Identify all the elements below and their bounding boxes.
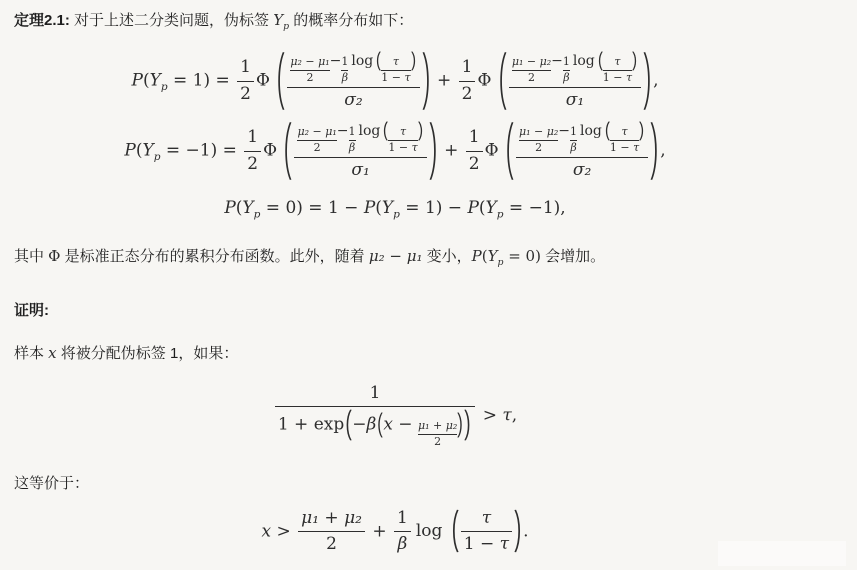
tau-symbol: τ <box>626 71 632 84</box>
big-fraction: 11 + exp−βx − μ₁ + μ₂2 <box>275 383 475 449</box>
eq-lhs-rest: = −1) = <box>160 141 242 161</box>
remark-post: 会增加。 <box>541 248 605 265</box>
denominator: 1 − τ <box>610 142 639 155</box>
var-x: x <box>383 414 393 434</box>
var-P: P <box>224 198 235 218</box>
eq-lhs-rest: = 1) = <box>168 71 236 91</box>
log-operator: log <box>416 521 443 541</box>
right-paren <box>411 51 417 71</box>
tau-symbol: τ <box>393 56 399 69</box>
sub-p: p <box>161 81 168 93</box>
mu-diff: μ₂ − μ₁ <box>369 247 423 265</box>
big-fraction: μ₁ − μ₂2−1βlogτ1 − τσ₂ <box>516 121 648 181</box>
numerator: 1 <box>237 57 254 78</box>
proof-label: 证明: <box>14 300 857 322</box>
tau-symbol: τ <box>412 141 418 154</box>
tau-symbol: τ <box>404 71 410 84</box>
tau-symbol: τ <box>633 141 639 154</box>
minus-sign: − <box>337 123 349 139</box>
theorem-intro-pre: 对于上述二分类问题，伪标签 <box>74 12 273 29</box>
paren: ( <box>375 198 382 218</box>
denominator: 2 <box>528 72 535 85</box>
one-minus: 1 − <box>381 71 404 84</box>
numerator: 1 <box>466 127 483 148</box>
var-P: P <box>467 198 478 218</box>
phi-symbol: Φ <box>485 141 499 161</box>
phi-symbol: Φ <box>256 71 270 91</box>
right-paren <box>422 51 432 111</box>
fraction-bar <box>394 531 411 532</box>
var-P: P <box>124 141 135 161</box>
one-minus: 1 − <box>464 534 500 554</box>
big-fraction: μ₁ − μ₂2−1βlogτ1 − τσ₁ <box>509 51 641 111</box>
sfrac-tau: τ1 − τ <box>610 126 639 154</box>
sigma-symbol: σ₁ <box>348 160 372 181</box>
minus-sign: − <box>352 414 366 434</box>
denominator: 2 <box>314 142 321 155</box>
log-operator: log <box>573 53 595 69</box>
mu-sum: μ₁ + μ₂ <box>298 508 365 529</box>
beta-symbol: β <box>570 142 576 155</box>
fraction-bar <box>466 151 483 152</box>
numerator: 1 <box>341 56 348 69</box>
one-minus: 1 − <box>610 141 633 154</box>
right-paren <box>457 412 464 438</box>
remark-mid2: 变小， <box>422 248 471 265</box>
var-Y: Y <box>242 198 253 218</box>
equation-p-pos: P(Yp = 1) = 12Φ μ₂ − μ₁2−1βlogτ1 − τσ₂ +… <box>14 51 776 111</box>
frac-mu-sum: μ₁ + μ₂2 <box>298 508 365 556</box>
paren: ( <box>479 198 486 218</box>
paren: ( <box>143 71 150 91</box>
fraction-bar <box>298 531 365 532</box>
frac-half: 12 <box>466 127 483 175</box>
sigma-symbol: σ₁ <box>563 90 587 111</box>
numerator: μ₁ − μ₂2−1βlogτ1 − τ <box>516 121 648 154</box>
assignment-condition-text: 样本 x 将被分配伪标签 1，如果： <box>14 342 857 365</box>
greater-than: > <box>271 521 296 541</box>
denominator: 2 <box>306 72 313 85</box>
tau-symbol: τ <box>479 508 494 529</box>
var-P: P <box>472 247 482 265</box>
right-paren <box>632 51 638 71</box>
numerator: 1 <box>367 383 384 404</box>
sfrac-tau: τ1 − τ <box>603 56 632 84</box>
var-Y: Y <box>486 198 497 218</box>
log-operator: log <box>580 123 602 139</box>
fraction-bar <box>294 157 426 158</box>
right-paren <box>643 51 653 111</box>
paren: ( <box>136 141 143 161</box>
denominator: 1 + exp−βx − μ₁ + μ₂2 <box>275 409 475 449</box>
left-paren <box>282 121 292 181</box>
numerator: 1 <box>349 126 356 139</box>
big-fraction: μ₂ − μ₁2−1βlogτ1 − τσ₂ <box>287 51 419 111</box>
tau-symbol: τ <box>621 126 627 139</box>
plus-sign: + <box>372 521 386 541</box>
step-post: 将被分配伪标签 1，如果： <box>57 345 239 362</box>
frac-half: 12 <box>459 57 476 105</box>
sfrac-one-beta: 1β <box>349 126 356 154</box>
sfrac-tau: τ1 − τ <box>381 56 410 84</box>
mu-diff: μ₂ − μ₁ <box>290 56 329 69</box>
phi-remark: 其中 Φ 是标准正态分布的累积分布函数。此外，随着 μ₂ − μ₁ 变小，P(Y… <box>14 245 857 274</box>
comma: , <box>660 141 665 161</box>
numerator: μ₂ − μ₁2−1βlogτ1 − τ <box>294 121 426 154</box>
right-paren <box>514 509 523 553</box>
tau-symbol: τ <box>500 534 509 554</box>
prob-rest: = 0) <box>503 247 541 265</box>
sfrac-tau: τ1 − τ <box>388 126 417 154</box>
mu-diff: μ₂ − μ₁ <box>297 126 336 139</box>
denominator: 2 <box>323 534 340 555</box>
frac-one-beta: 1β <box>394 508 411 556</box>
theorem-intro-post: 的概率分布如下： <box>289 12 413 29</box>
fraction-bar <box>509 87 641 88</box>
fraction-bar <box>461 531 512 532</box>
minus-sign: − <box>393 414 418 434</box>
plus-sign: + <box>444 141 458 161</box>
numerator: 1 <box>394 508 411 529</box>
equation-sigmoid-condition: 11 + exp−βx − μ₁ + μ₂2 > τ, <box>14 383 776 449</box>
var-Y: Y <box>143 141 154 161</box>
fraction-bar <box>459 81 476 82</box>
big-fraction: μ₂ − μ₁2−1βlogτ1 − τσ₁ <box>294 121 426 181</box>
denominator: 2 <box>459 84 476 105</box>
right-paren <box>650 121 660 181</box>
denominator: 2 <box>244 154 261 175</box>
var-Y: Y <box>488 247 498 265</box>
right-paren <box>464 409 472 441</box>
beta-symbol: β <box>395 534 411 555</box>
eq-segment: = 1) − <box>400 198 468 218</box>
comma: , <box>512 405 517 425</box>
beta-symbol: β <box>563 72 569 85</box>
denominator: 1 − τ <box>381 72 410 85</box>
right-paren <box>639 121 645 141</box>
comma: , <box>653 71 658 91</box>
mu-sum: μ₁ + μ₂ <box>418 420 457 433</box>
var-P: P <box>132 71 143 91</box>
frac-half: 12 <box>237 57 254 105</box>
sfrac-mu: μ₂ − μ₁2 <box>297 126 336 154</box>
denominator: 2 <box>466 154 483 175</box>
tau-symbol: τ <box>614 56 620 69</box>
frac-half: 12 <box>244 127 261 175</box>
mu-diff: μ₁ − μ₂ <box>519 126 558 139</box>
left-paren <box>450 509 459 553</box>
denominator: 1 − τ <box>461 534 512 555</box>
sigma-symbol: σ₂ <box>341 90 365 111</box>
frac-tau: τ1 − τ <box>461 508 512 556</box>
remark-pre: 其中 <box>14 248 48 265</box>
equivalence-text: 这等价于： <box>14 473 857 495</box>
denominator: 1 − τ <box>603 72 632 85</box>
eq-segment: = 0) = 1 − <box>260 198 363 218</box>
phi-symbol: Φ <box>477 71 491 91</box>
sub-p: p <box>497 208 504 220</box>
sfrac-mu: μ₁ − μ₂2 <box>519 126 558 154</box>
left-paren <box>504 121 514 181</box>
beta-symbol: β <box>366 414 376 434</box>
sigma-symbol: σ₂ <box>570 160 594 181</box>
period: . <box>523 521 528 541</box>
watermark <box>718 541 846 566</box>
var-Y: Y <box>150 71 161 91</box>
numerator: 1 <box>570 126 577 139</box>
sfrac-mu: μ₂ − μ₁2 <box>290 56 329 84</box>
var-Y: Y <box>273 11 283 29</box>
numerator: 1 <box>459 57 476 78</box>
sfrac-one-beta: 1β <box>570 126 577 154</box>
mu-diff: μ₁ − μ₂ <box>512 56 551 69</box>
fraction-bar <box>244 151 261 152</box>
denominator: 1 − τ <box>388 142 417 155</box>
sfrac-mu-sum: μ₁ + μ₂2 <box>418 420 457 448</box>
minus-sign: − <box>551 53 563 69</box>
theorem-line: 定理2.1: 对于上述二分类问题，伪标签 Yp 的概率分布如下： <box>14 9 857 38</box>
greater-than: > <box>477 405 502 425</box>
denominator: 2 <box>434 436 441 449</box>
equation-x-threshold: x > μ₁ + μ₂2 + 1βlog τ1 − τ. <box>14 508 776 556</box>
fraction-bar <box>287 87 419 88</box>
var-P: P <box>364 198 375 218</box>
left-paren <box>275 51 285 111</box>
eq-segment: = −1), <box>504 198 566 218</box>
den-pre: 1 + exp <box>278 414 344 434</box>
beta-symbol: β <box>349 142 355 155</box>
numerator: 1 <box>563 56 570 69</box>
one-minus: 1 − <box>603 71 626 84</box>
denominator: 2 <box>237 84 254 105</box>
step-pre: 样本 <box>14 345 48 362</box>
tau-symbol: τ <box>400 126 406 139</box>
var-x: x <box>48 344 56 362</box>
numerator: μ₁ − μ₂2−1βlogτ1 − τ <box>509 51 641 84</box>
phi-symbol: Φ <box>48 247 60 265</box>
fraction-bar <box>237 81 254 82</box>
theorem-label: 定理2.1: <box>14 12 70 29</box>
denominator: 2 <box>535 142 542 155</box>
document-page: 定理2.1: 对于上述二分类问题，伪标签 Yp 的概率分布如下： P(Yp = … <box>0 0 857 570</box>
equation-p-neg: P(Yp = −1) = 12Φ μ₂ − μ₁2−1βlogτ1 − τσ₁ … <box>14 121 776 181</box>
right-paren <box>429 121 439 181</box>
fraction-bar <box>275 406 475 407</box>
var-x: x <box>262 521 272 541</box>
sfrac-one-beta: 1β <box>563 56 570 84</box>
fraction-bar <box>516 157 648 158</box>
left-paren <box>497 51 507 111</box>
sub-p: p <box>393 208 400 220</box>
numerator: μ₂ − μ₁2−1βlogτ1 − τ <box>287 51 419 84</box>
plus-sign: + <box>437 71 451 91</box>
one-minus: 1 − <box>388 141 411 154</box>
right-paren <box>418 121 424 141</box>
var-Y: Y <box>382 198 393 218</box>
minus-sign: − <box>558 123 570 139</box>
log-operator: log <box>351 53 373 69</box>
sfrac-one-beta: 1β <box>341 56 348 84</box>
remark-mid: 是标准正态分布的累积分布函数。此外，随着 <box>60 248 368 265</box>
log-operator: log <box>359 123 381 139</box>
minus-sign: − <box>330 53 342 69</box>
sfrac-mu: μ₁ − μ₂2 <box>512 56 551 84</box>
numerator: 1 <box>244 127 261 148</box>
equation-p-zero: P(Yp = 0) = 1 − P(Yp = 1) − P(Yp = −1), <box>14 198 776 222</box>
phi-symbol: Φ <box>263 141 277 161</box>
tau-symbol: τ <box>502 405 511 425</box>
beta-symbol: β <box>342 72 348 85</box>
